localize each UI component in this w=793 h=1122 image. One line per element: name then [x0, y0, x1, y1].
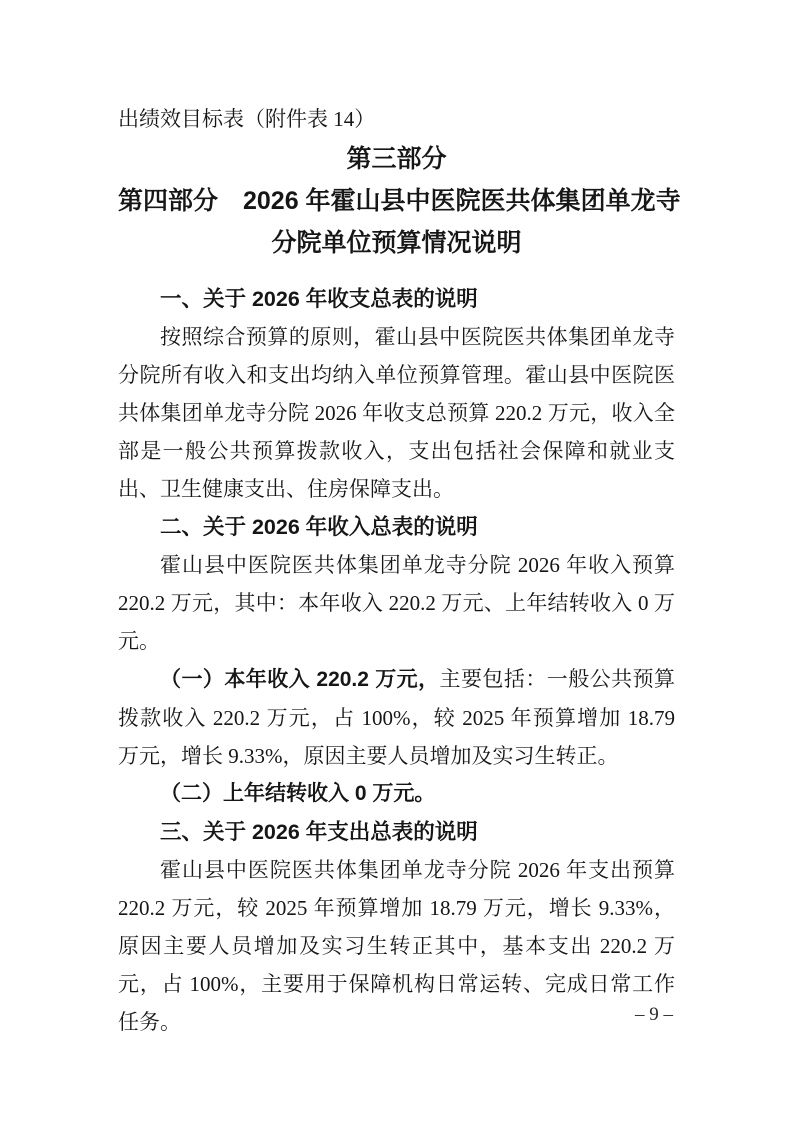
section3-heading: 三、关于 2026 年支出总表的说明 — [118, 813, 675, 851]
part4-heading-line1: 第四部分 2026 年霍山县中医院医共体集团单龙寺 — [118, 180, 675, 222]
section2-heading: 二、关于 2026 年收入总表的说明 — [118, 508, 675, 546]
section1-paragraph: 按照综合预算的原则，霍山县中医院医共体集团单龙寺分院所有收入和支出均纳入单位预算… — [118, 318, 675, 508]
income-total-paragraph: 霍山县中医院医共体集团单龙寺分院 2026 年收入预算 220.2 万元，其中：… — [118, 546, 675, 660]
income-item2-paragraph: （二）上年结转收入 0 万元。 — [118, 775, 675, 813]
page-number: – 9 – — [635, 1004, 673, 1026]
document-page: 出绩效目标表（附件表 14） 第三部分 第四部分 2026 年霍山县中医院医共体… — [0, 0, 793, 1122]
section1-heading: 一、关于 2026 年收支总表的说明 — [118, 280, 675, 318]
expenditure-paragraph: 霍山县中医院医共体集团单龙寺分院 2026 年支出预算 220.2 万元，较 2… — [118, 851, 675, 1041]
continuation-paragraph: 出绩效目标表（附件表 14） — [118, 100, 675, 138]
part4-heading-line2: 分院单位预算情况说明 — [118, 222, 675, 264]
income-item1-paragraph: （一）本年收入 220.2 万元，主要包括：一般公共预算拨款收入 220.2 万… — [118, 660, 675, 775]
income-item1-bold-lead: （一）本年收入 220.2 万元， — [160, 668, 440, 691]
part3-heading: 第三部分 — [118, 138, 675, 180]
